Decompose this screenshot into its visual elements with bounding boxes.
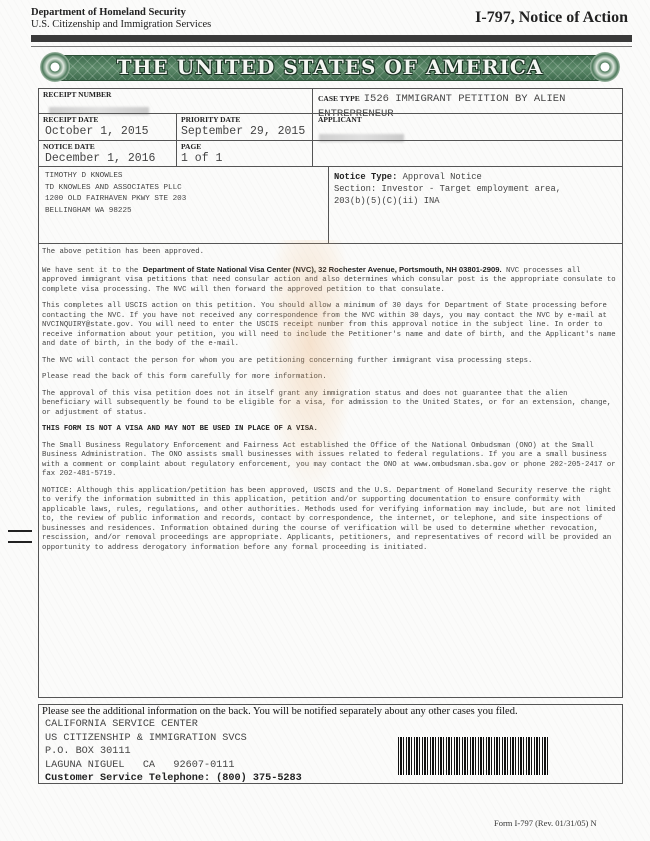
agency-header: Department of Homeland Security U.S. Cit… — [31, 7, 211, 31]
page-label: PAGE — [181, 143, 312, 151]
addressee-line: 1200 OLD FAIRHAVEN PKWY STE 203 — [45, 194, 328, 206]
not-a-visa-warning: THIS FORM IS NOT A VISA AND MAY NOT BE U… — [42, 425, 618, 435]
empty-field — [312, 140, 623, 167]
footer-notice-line: Please see the additional information on… — [42, 706, 622, 718]
body-paragraph: Please read the back of this form carefu… — [42, 373, 618, 383]
verification-notice: NOTICE: Although this application/petiti… — [42, 487, 618, 554]
page-field: PAGE 1 of 1 — [176, 140, 313, 167]
receipt-number-field: RECEIPT NUMBER — [38, 88, 313, 114]
page-value: 1 of 1 — [181, 152, 312, 165]
notice-section-line: 203(b)(5)(C)(ii) INA — [334, 195, 622, 207]
notice-date-value: December 1, 2016 — [45, 152, 176, 165]
case-type-label: CASE TYPE — [318, 94, 360, 103]
header-rule-thin — [31, 46, 632, 47]
addressee-line: TIMOTHY D KNOWLES — [45, 171, 328, 183]
applicant-field: APPLICANT — [312, 113, 623, 141]
agency-service: U.S. Citizenship and Immigration Service… — [31, 19, 211, 31]
applicant-label: APPLICANT — [318, 116, 622, 124]
margin-mark — [8, 530, 32, 532]
body-paragraph: The NVC will contact the person for whom… — [42, 357, 618, 367]
notice-type-value: Approval Notice — [403, 172, 482, 182]
body-paragraph: The approval of this visa petition does … — [42, 390, 618, 419]
addressee-line: BELLINGHAM WA 98225 — [45, 206, 328, 218]
body-paragraph: We have sent it to the Department of Sta… — [42, 265, 618, 296]
rosette-icon — [590, 52, 620, 82]
agency-department: Department of Homeland Security — [31, 7, 211, 19]
notice-date-label: NOTICE DATE — [43, 143, 176, 151]
body-paragraph: The above petition has been approved. — [42, 248, 618, 258]
notice-type-block: Notice Type: Approval Notice Section: In… — [328, 166, 623, 244]
case-type-field: CASE TYPE I526 IMMIGRANT PETITION BY ALI… — [312, 88, 623, 114]
addressee-block: TIMOTHY D KNOWLES TD KNOWLES AND ASSOCIA… — [38, 166, 329, 244]
receipt-date-field: RECEIPT DATE October 1, 2015 — [38, 113, 177, 141]
notice-date-field: NOTICE DATE December 1, 2016 — [38, 140, 177, 167]
priority-date-value: September 29, 2015 — [181, 125, 312, 138]
body-paragraph: This completes all USCIS action on this … — [42, 302, 618, 350]
header-rule — [31, 35, 632, 42]
form-revision: Form I-797 (Rev. 01/31/05) N — [494, 818, 597, 828]
barcode — [398, 737, 549, 775]
notice-section-line: Section: Investor - Target employment ar… — [334, 183, 622, 195]
notice-body: The above petition has been approved. We… — [38, 243, 623, 698]
receipt-number-label: RECEIPT NUMBER — [43, 91, 312, 99]
receipt-date-label: RECEIPT DATE — [43, 116, 176, 124]
receipt-date-value: October 1, 2015 — [45, 125, 176, 138]
body-text: We have sent it to the — [42, 267, 143, 275]
nvc-address: Department of State National Visa Center… — [143, 265, 502, 274]
banner-text: THE UNITED STATES OF AMERICA — [117, 55, 544, 79]
body-paragraph: The Small Business Regulatory Enforcemen… — [42, 442, 618, 480]
priority-date-label: PRIORITY DATE — [181, 116, 312, 124]
notice-type-label: Notice Type: — [334, 172, 397, 182]
form-title: I-797, Notice of Action — [475, 9, 628, 27]
rosette-icon — [40, 52, 70, 82]
addressee-line: TD KNOWLES AND ASSOCIATES PLLC — [45, 183, 328, 195]
service-center-line: CALIFORNIA SERVICE CENTER — [45, 718, 622, 732]
margin-mark — [8, 541, 32, 543]
priority-date-field: PRIORITY DATE September 29, 2015 — [176, 113, 313, 141]
usa-banner: THE UNITED STATES OF AMERICA — [38, 51, 622, 83]
